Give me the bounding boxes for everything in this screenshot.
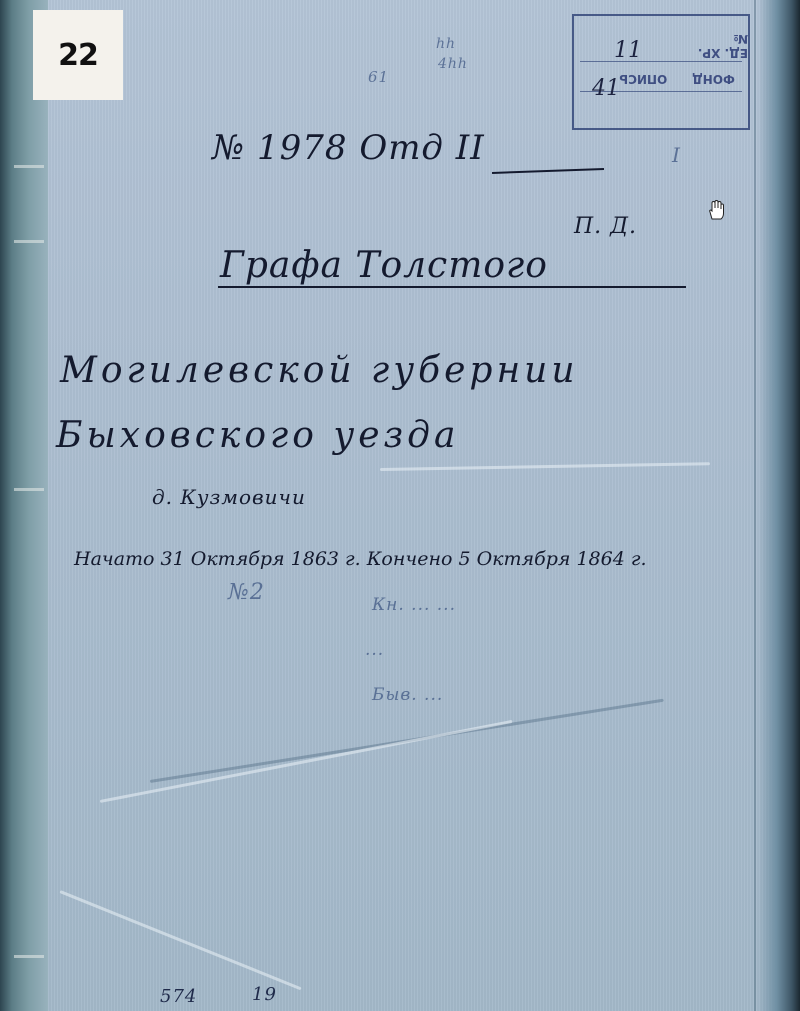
pencil-note: 4hh <box>438 56 468 72</box>
district-line: Быховского уезда <box>56 415 459 456</box>
pencil-note: ... <box>365 640 384 660</box>
spine-stitch <box>14 488 44 491</box>
corner-mark: I <box>672 143 681 167</box>
pencil-note: Быв. ... <box>372 685 443 705</box>
fold-line <box>754 0 756 1011</box>
case-number: № 1978 Отд II <box>212 128 485 168</box>
bottom-number-left: 574 <box>160 986 197 1007</box>
stamp-handwritten-fond: 41 <box>592 76 620 101</box>
page-edge <box>758 0 800 1011</box>
province-line: Могилевской губернии <box>60 350 579 391</box>
archive-number: 22 <box>58 38 98 73</box>
initials: П. Д. <box>574 214 637 239</box>
hand-cursor-icon <box>707 200 725 220</box>
stamp-field-fond: ФОНД <box>692 72 735 86</box>
spine-stitch <box>14 165 44 168</box>
owner-underline <box>218 286 686 288</box>
pencil-note: hh <box>436 36 456 52</box>
owner-name: Графа Толстого <box>220 245 548 286</box>
archive-stamp: ЕД. ХР. № ФОНД ОПИСЬ 11 41 <box>572 14 750 130</box>
spine-stitch <box>14 955 44 958</box>
bottom-number-right: 19 <box>252 984 277 1005</box>
spine-stitch <box>14 240 44 243</box>
pencil-note: 61 <box>368 68 389 86</box>
stamp-handwritten-opis: 11 <box>614 38 642 63</box>
village-line: д. Кузмовичи <box>152 485 306 509</box>
stamp-field-item: ЕД. ХР. № <box>684 32 748 60</box>
stamp-field-opis: ОПИСЬ <box>619 72 667 86</box>
pencil-note: Кн. ... ... <box>372 595 456 615</box>
archive-number-label: 22 <box>33 10 123 100</box>
folder-spine <box>0 0 48 1011</box>
stamp-divider <box>580 61 742 62</box>
pencil-mark-number: №2 <box>228 580 265 605</box>
dates-line: Начато 31 Октября 1863 г. Кончено 5 Октя… <box>74 548 647 570</box>
